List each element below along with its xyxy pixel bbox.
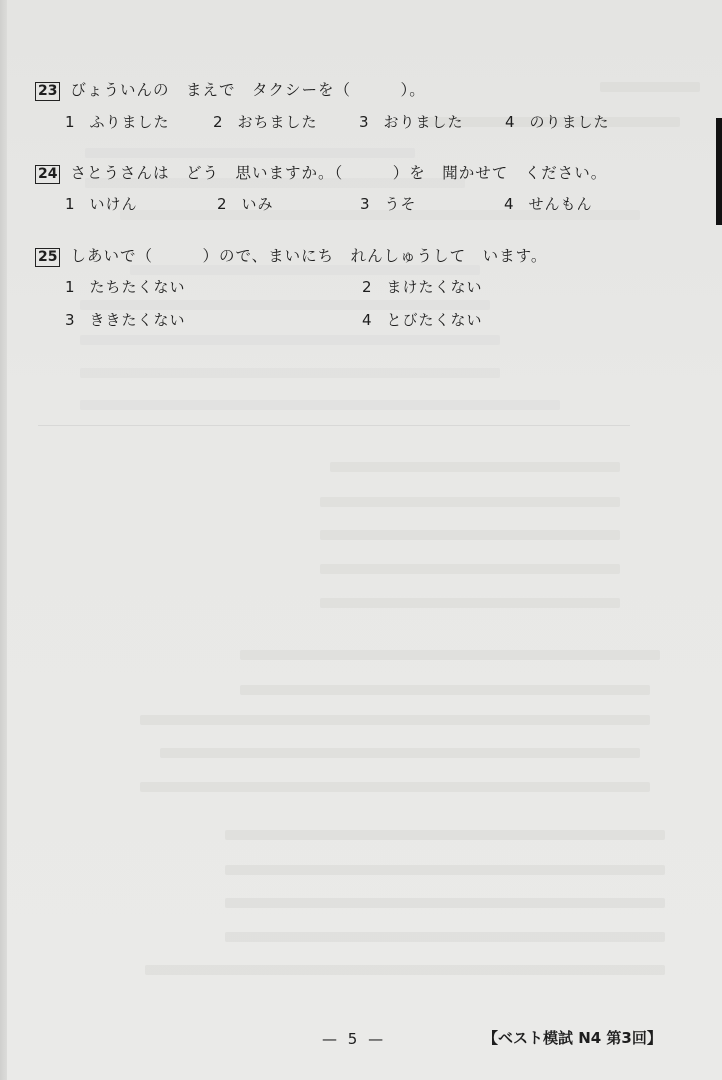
answer-options-25: 1たちたくない 2まけたくない 3ききたくない 4とびたくない bbox=[0, 276, 722, 336]
answer-option[interactable]: 2まけたくない bbox=[362, 276, 483, 297]
section-tab: 文字・語彙 bbox=[716, 118, 722, 225]
answer-options-24: 1いけん 2いみ 3うそ 4せんもん bbox=[0, 193, 722, 215]
question-stem: しあいで（ ）ので、まいにち れんしゅうして います。 bbox=[70, 247, 547, 265]
question-stem: さとうさんは どう 思いますか。（ ）を 聞かせて ください。 bbox=[70, 164, 607, 182]
question-number: 24 bbox=[35, 165, 60, 184]
answer-option[interactable]: 1ふりました bbox=[65, 111, 170, 132]
answer-option[interactable]: 3ききたくない bbox=[65, 309, 186, 330]
question-24: 24さとうさんは どう 思いますか。（ ）を 聞かせて ください。 bbox=[35, 161, 607, 184]
answer-option[interactable]: 2おちました bbox=[213, 111, 318, 132]
question-23: 23びょういんの まえで タクシーを（ ）。 bbox=[35, 78, 426, 101]
question-stem: びょういんの まえで タクシーを（ ）。 bbox=[70, 81, 425, 99]
question-number: 23 bbox=[35, 82, 60, 101]
answer-option[interactable]: 4せんもん bbox=[504, 193, 593, 214]
answer-option[interactable]: 3おりました bbox=[359, 111, 464, 132]
answer-option[interactable]: 1たちたくない bbox=[65, 276, 186, 297]
answer-option[interactable]: 4のりました bbox=[505, 111, 610, 132]
book-title: 【ベスト模試 N4 第3回】 bbox=[483, 1027, 662, 1048]
page-binding-edge bbox=[0, 0, 7, 1080]
answer-option[interactable]: 4とびたくない bbox=[362, 309, 483, 330]
answer-option[interactable]: 1いけん bbox=[65, 193, 138, 214]
question-number: 25 bbox=[35, 248, 60, 267]
page-number: — 5 — bbox=[322, 1030, 386, 1048]
question-25: 25しあいで（ ）ので、まいにち れんしゅうして います。 bbox=[35, 244, 547, 267]
answer-option[interactable]: 2いみ bbox=[217, 193, 274, 214]
answer-options-23: 1ふりました 2おちました 3おりました 4のりました bbox=[0, 111, 722, 133]
answer-option[interactable]: 3うそ bbox=[360, 193, 417, 214]
